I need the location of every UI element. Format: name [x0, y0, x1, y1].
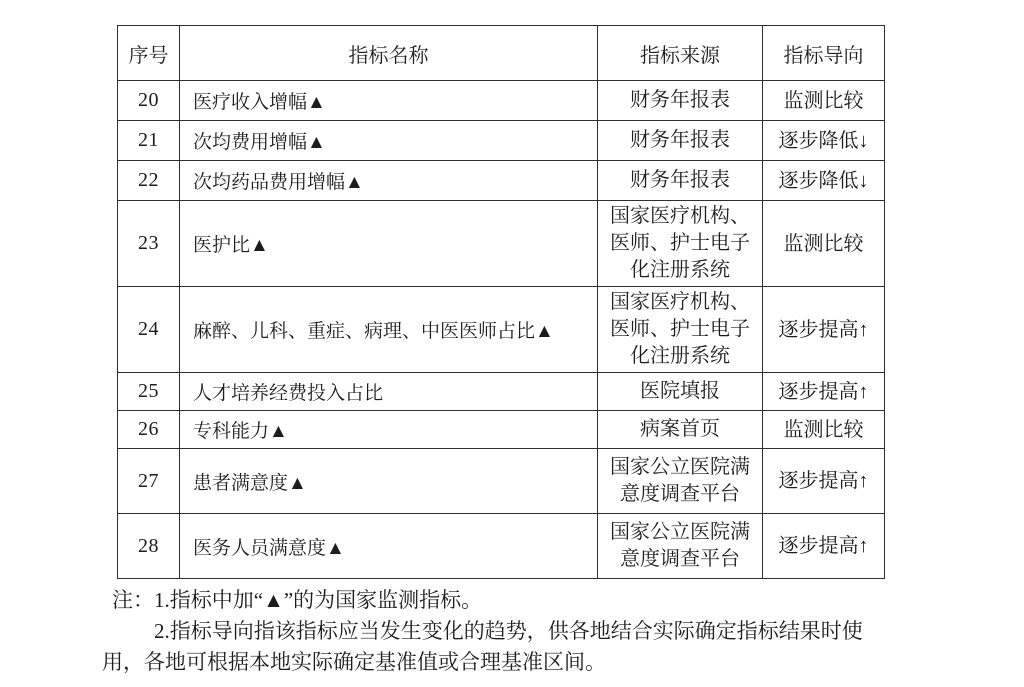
indicator-source-cell: 财务年报表 — [598, 81, 763, 121]
indicator-source-cell: 医院填报 — [598, 373, 763, 411]
footnotes: 注：1.指标中加“▲”的为国家监测指标。 2.指标导向指该指标应当发生变化的趋势… — [102, 585, 934, 678]
row-number-cell: 28 — [118, 514, 180, 579]
table-row: 27 患者满意度▲ 国家公立医院满意度调查平台 逐步提高↑ — [118, 449, 885, 514]
footnote-line: 2.指标导向指该指标应当发生变化的趋势，供各地结合实际确定指标结果时使 — [102, 616, 934, 647]
table-row: 23 医护比▲ 国家医疗机构、医师、护士电子化注册系统 监测比较 — [118, 201, 885, 287]
indicator-direction-cell: 监测比较 — [763, 411, 885, 449]
indicator-source-cell: 国家公立医院满意度调查平台 — [598, 514, 763, 579]
column-header-number: 序号 — [118, 26, 180, 81]
table-row: 20 医疗收入增幅▲ 财务年报表 监测比较 — [118, 81, 885, 121]
indicator-name-cell: 人才培养经费投入占比 — [180, 373, 598, 411]
row-number-cell: 25 — [118, 373, 180, 411]
indicator-name-cell: 医务人员满意度▲ — [180, 514, 598, 579]
indicator-source-cell: 病案首页 — [598, 411, 763, 449]
table-row: 28 医务人员满意度▲ 国家公立医院满意度调查平台 逐步提高↑ — [118, 514, 885, 579]
table-row: 25 人才培养经费投入占比 医院填报 逐步提高↑ — [118, 373, 885, 411]
indicator-table-body: 20 医疗收入增幅▲ 财务年报表 监测比较 21 次均费用增幅▲ 财务年报表 逐… — [118, 81, 885, 579]
table-row: 26 专科能力▲ 病案首页 监测比较 — [118, 411, 885, 449]
indicator-source-cell: 国家公立医院满意度调查平台 — [598, 449, 763, 514]
row-number-cell: 27 — [118, 449, 180, 514]
indicator-source-cell: 国家医疗机构、医师、护士电子化注册系统 — [598, 287, 763, 373]
indicator-source-cell: 财务年报表 — [598, 161, 763, 201]
column-header-indicator-direction: 指标导向 — [763, 26, 885, 81]
column-header-indicator-source: 指标来源 — [598, 26, 763, 81]
document-page: 序号 指标名称 指标来源 指标导向 20 医疗收入增幅▲ 财务年报表 监测比较 … — [0, 0, 1024, 687]
indicator-name-cell: 医疗收入增幅▲ — [180, 81, 598, 121]
indicator-name-cell: 医护比▲ — [180, 201, 598, 287]
indicator-name-cell: 次均费用增幅▲ — [180, 121, 598, 161]
table-row: 21 次均费用增幅▲ 财务年报表 逐步降低↓ — [118, 121, 885, 161]
indicator-direction-cell: 逐步提高↑ — [763, 449, 885, 514]
row-number-cell: 22 — [118, 161, 180, 201]
indicator-name-cell: 患者满意度▲ — [180, 449, 598, 514]
indicator-direction-cell: 逐步提高↑ — [763, 287, 885, 373]
row-number-cell: 20 — [118, 81, 180, 121]
indicator-direction-cell: 逐步降低↓ — [763, 121, 885, 161]
indicator-name-cell: 专科能力▲ — [180, 411, 598, 449]
indicator-name-cell: 次均药品费用增幅▲ — [180, 161, 598, 201]
table-row: 22 次均药品费用增幅▲ 财务年报表 逐步降低↓ — [118, 161, 885, 201]
row-number-cell: 24 — [118, 287, 180, 373]
indicator-direction-cell: 逐步提高↑ — [763, 514, 885, 579]
table-row: 24 麻醉、儿科、重症、病理、中医医师占比▲ 国家医疗机构、医师、护士电子化注册… — [118, 287, 885, 373]
table-header-row: 序号 指标名称 指标来源 指标导向 — [118, 26, 885, 81]
row-number-cell: 21 — [118, 121, 180, 161]
indicator-table: 序号 指标名称 指标来源 指标导向 20 医疗收入增幅▲ 财务年报表 监测比较 … — [117, 25, 885, 579]
indicator-source-cell: 财务年报表 — [598, 121, 763, 161]
indicator-name-cell: 麻醉、儿科、重症、病理、中医医师占比▲ — [180, 287, 598, 373]
indicator-source-cell: 国家医疗机构、医师、护士电子化注册系统 — [598, 201, 763, 287]
indicator-direction-cell: 逐步降低↓ — [763, 161, 885, 201]
row-number-cell: 23 — [118, 201, 180, 287]
footnote-line: 用，各地可根据本地实际确定基准值或合理基准区间。 — [102, 647, 934, 678]
indicator-direction-cell: 监测比较 — [763, 81, 885, 121]
indicator-direction-cell: 监测比较 — [763, 201, 885, 287]
footnote-line: 注：1.指标中加“▲”的为国家监测指标。 — [102, 585, 934, 616]
indicator-direction-cell: 逐步提高↑ — [763, 373, 885, 411]
column-header-indicator-name: 指标名称 — [180, 26, 598, 81]
row-number-cell: 26 — [118, 411, 180, 449]
